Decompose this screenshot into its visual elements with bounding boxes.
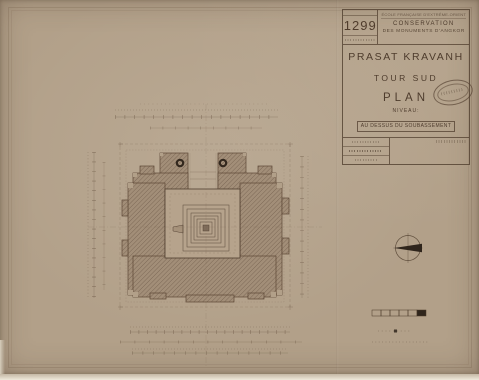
scale-bar [372,310,428,342]
title-block-table [343,137,469,164]
dimension-chain-left [88,152,104,298]
monument-name: PRASAT KRAVANH [343,51,469,63]
chamber-inner-line [170,194,235,253]
sheet-corner-edge [0,340,5,374]
dimension-chain-bottom [120,327,302,353]
doorway-passage [190,153,216,189]
north-arrow [393,233,423,263]
porch-right [218,153,246,193]
org-service-line1: CONSERVATION [378,21,469,27]
dimension-chain-right [302,156,308,298]
level-value: AU DESSUS DU SOUBASSEMENT [357,121,456,132]
door-pivot-left [177,160,183,166]
temple-wall-mass [122,153,289,302]
corner-reference-ticks [118,142,293,310]
platform-outline [120,144,290,307]
drawing-sheet: 1299 ÉCOLE FRANÇAISE D'EXTRÊME-ORIENT CO… [0,0,479,374]
org-service-line2: DES MONUMENTS D'ANGKOR [378,29,469,34]
inner-chamber [165,189,240,258]
organization-cell: ÉCOLE FRANÇAISE D'EXTRÊME-ORIENT CONSERV… [378,10,469,44]
level-label: NIVEAU: [343,108,469,114]
wall-step-notches [128,153,282,297]
porch-left [160,153,188,193]
inventory-number-cell: 1299 [343,10,378,44]
table-labels-column [343,138,390,164]
sheet-bottom-edge [0,374,479,380]
org-name: ÉCOLE FRANÇAISE D'EXTRÊME-ORIENT [381,12,466,19]
door-pivot-right [220,160,226,166]
pedestal-spout [173,225,183,233]
central-pedestal [173,205,229,251]
inventory-number: 1299 [343,16,377,35]
centerlines [88,104,322,366]
fold-crease [336,0,339,374]
number-cell-footer [343,35,377,44]
dimension-chain-top [115,104,278,128]
observations-cell [390,138,469,164]
